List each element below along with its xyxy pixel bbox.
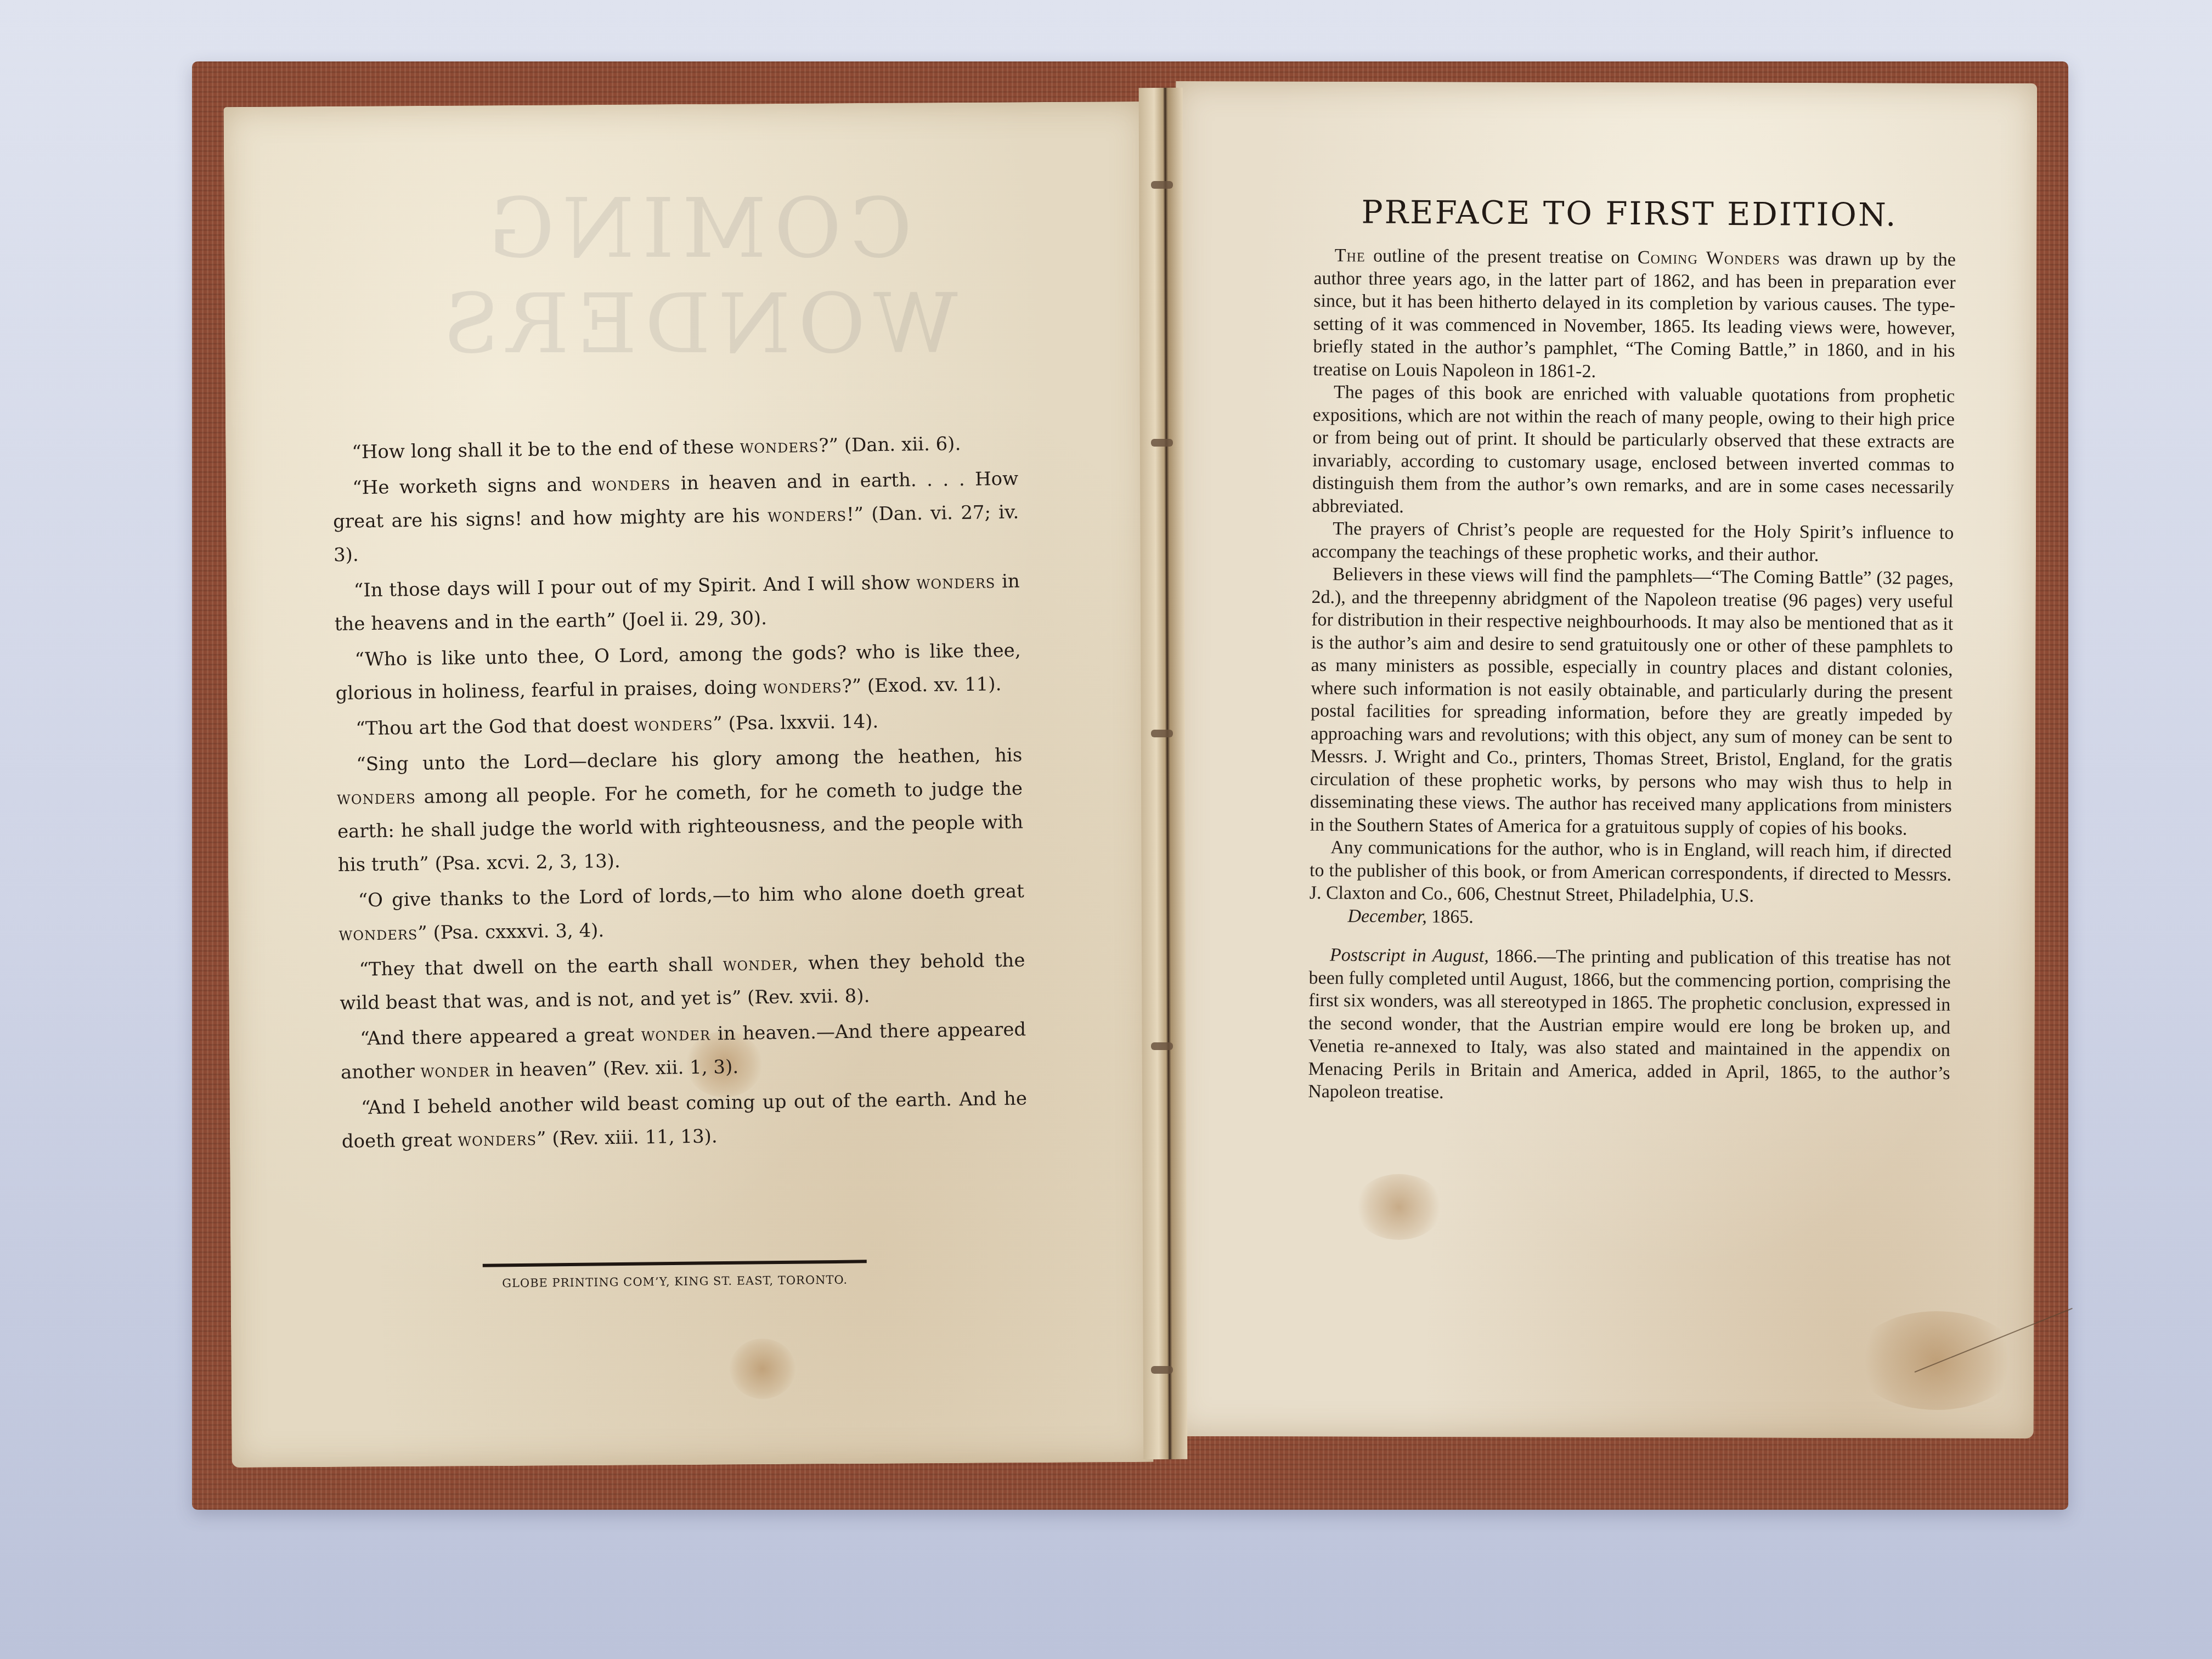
foxing-stain: [1355, 1174, 1443, 1240]
paragraph: Believers in these views will find the p…: [1310, 563, 1953, 840]
quote: “Sing unto the Lord—declare his glory am…: [336, 738, 1024, 882]
foxing-stain: [730, 1339, 795, 1399]
quote: “And there appeared a great wonder in he…: [340, 1013, 1027, 1089]
postscript: Postscript in August, 1866.—The printing…: [1308, 944, 1951, 1108]
paragraph: The pages of this book are enriched with…: [1312, 381, 1955, 522]
paragraph: The prayers of Christ’s people are reque…: [1312, 517, 1954, 567]
paragraph: The outline of the present treatise on C…: [1313, 244, 1956, 385]
scripture-quotations: “How long shall it be to the end of thes…: [332, 427, 1028, 1161]
binding-stitch: [1151, 439, 1173, 447]
binding-stitch: [1151, 181, 1173, 189]
quote: “O give thanks to the Lord of lords,—to …: [338, 874, 1025, 951]
quote: “In those days will I pour out of my Spi…: [334, 565, 1021, 641]
quote: “He worketh signs and wonders in heaven …: [332, 462, 1019, 572]
preface-date: December, 1865.: [1309, 904, 1951, 932]
printer-imprint: GLOBE PRINTING COM’Y, KING ST. EAST, TOR…: [483, 1260, 867, 1290]
binding-stitch: [1151, 1042, 1173, 1050]
preface-body: The outline of the present treatise on C…: [1308, 244, 1956, 1108]
binding-stitch: [1151, 1366, 1173, 1374]
quote: “And I beheld another wild beast coming …: [341, 1082, 1028, 1158]
quote: “They that dwell on the earth shall wond…: [339, 944, 1026, 1020]
bleed-through-title: COMING WONDERS: [313, 181, 1081, 372]
quote: “Who is like unto thee, O Lord, among th…: [335, 634, 1022, 710]
page-title: PREFACE TO FIRST EDITION.: [1314, 193, 1945, 234]
paragraph: Any communications for the author, who i…: [1310, 836, 1952, 909]
book-spine-gutter: [1139, 88, 1188, 1459]
binding-stitch: [1151, 730, 1173, 737]
foxing-stain: [1854, 1311, 2019, 1410]
